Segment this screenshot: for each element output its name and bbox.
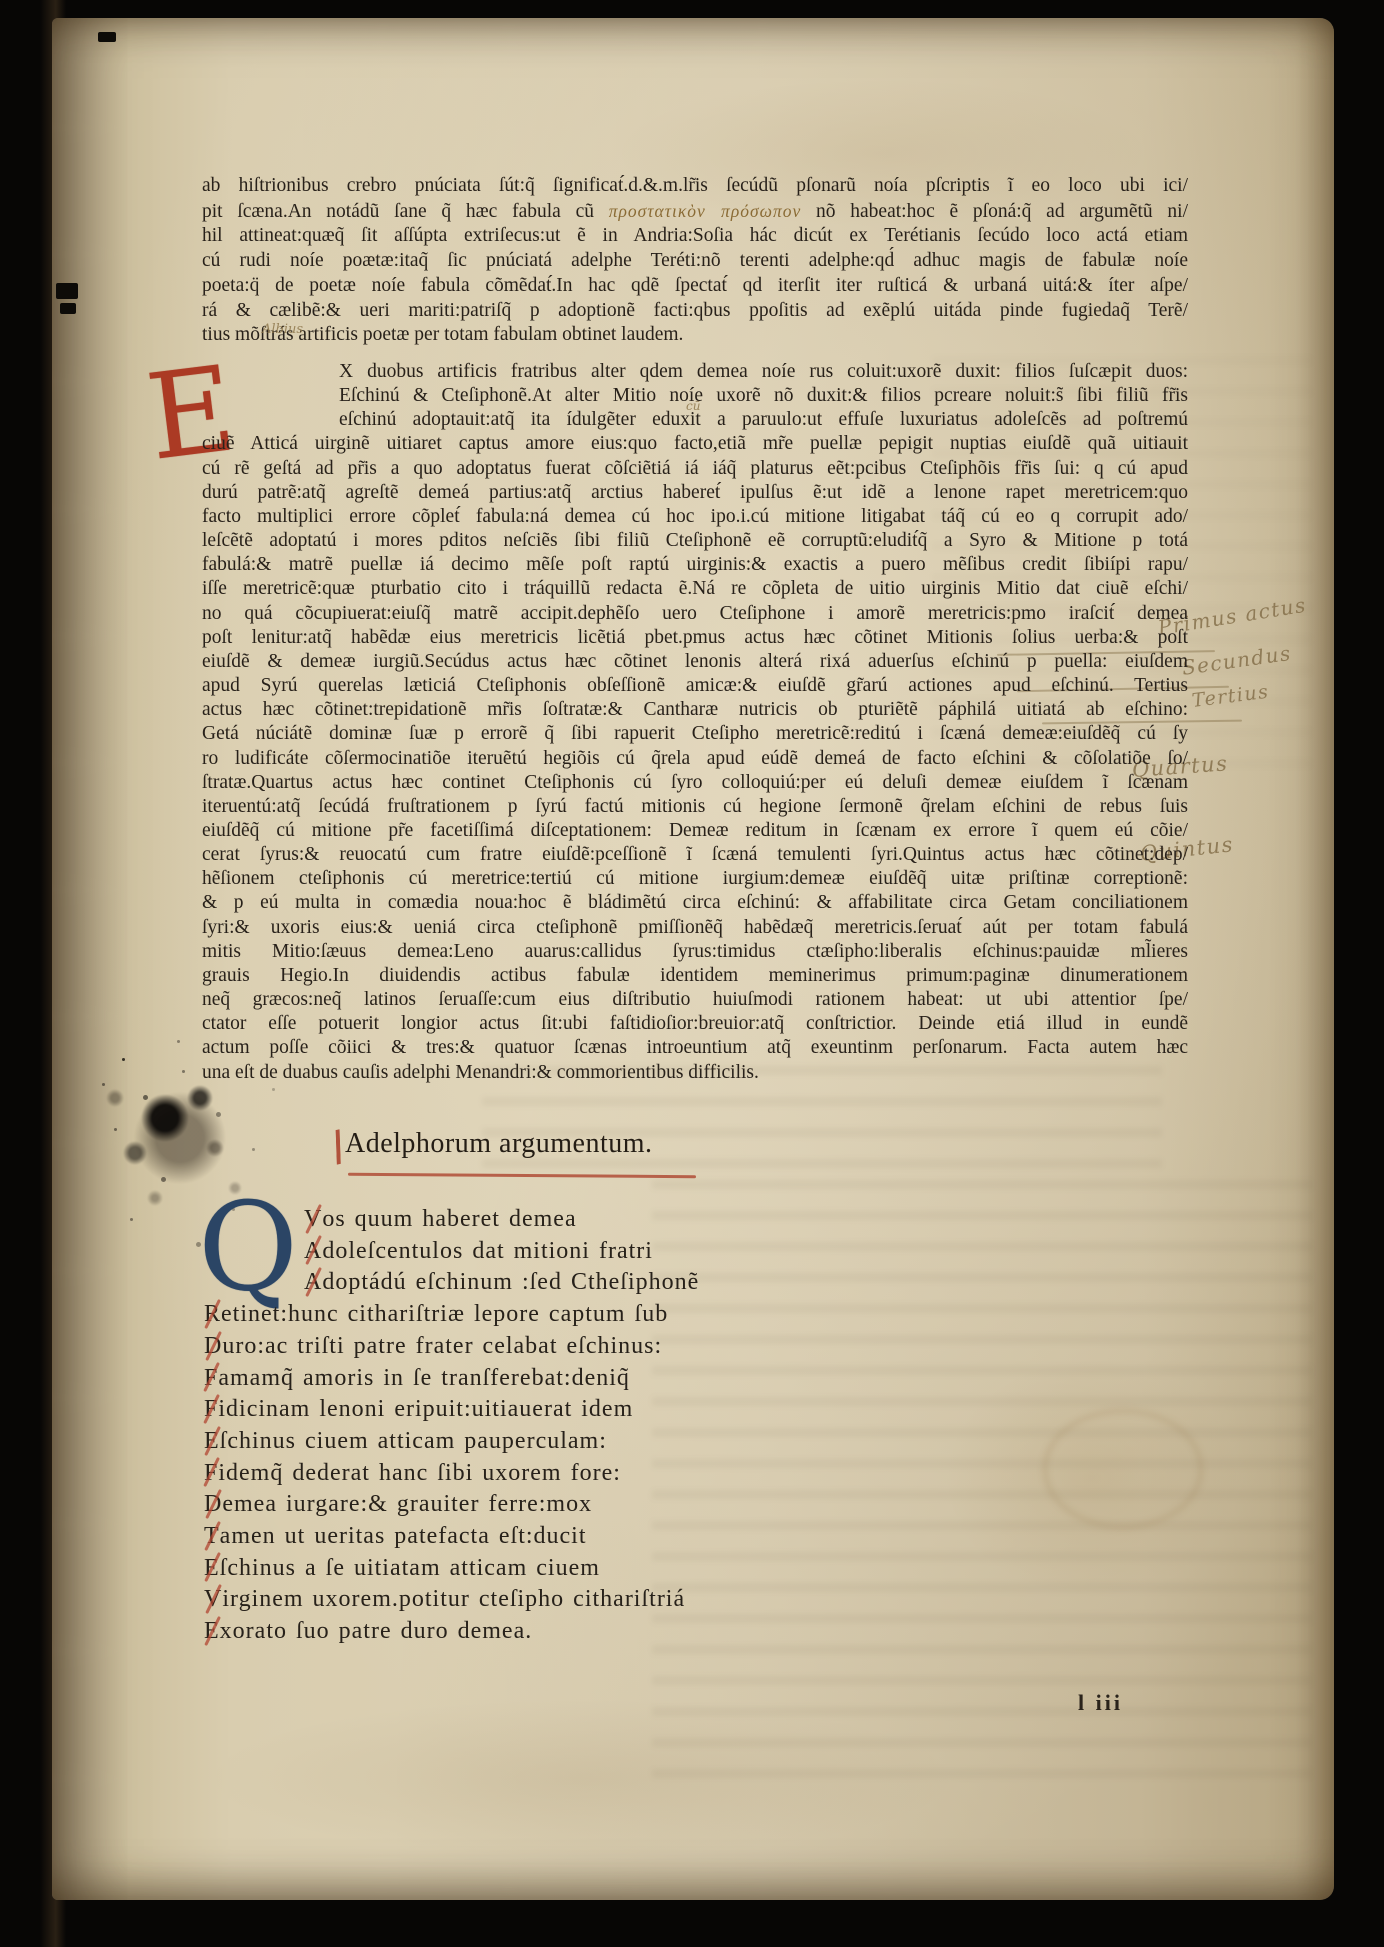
rubricated-capital: D	[204, 1331, 222, 1363]
gutter-ink-mark	[56, 283, 78, 299]
rubricated-capital: A	[304, 1236, 322, 1268]
text-line: iteruentú:atq̃ ſecúdá fruſtrationem p ſy…	[202, 795, 1188, 819]
poem-line: Vos quum haberet demea	[204, 1204, 699, 1236]
section-heading: Adelphorum argumentum.	[345, 1128, 653, 1160]
text-line: apud Syrú querelas læticiá Cteſiphonis o…	[202, 674, 1188, 698]
argumentum-poem: Vos quum haberet demeaAdoleſcentulos dat…	[204, 1204, 699, 1648]
poem-line: Demea iurgare:& grauiter ferre:mox	[204, 1489, 699, 1521]
text-line: Eſchinú & Cteſiphonẽ.At alter Mitio noíe…	[202, 384, 1188, 408]
text-line: poſt lenitur:atq̃ habẽdæ eius meretricis…	[202, 626, 1188, 650]
photograph-background: ab hiſtrionibus crebro pnúciata ſút:q̃ ſ…	[0, 0, 1384, 1947]
rubricated-capital: E	[204, 1553, 220, 1585]
rubricated-capital: T	[204, 1521, 220, 1553]
text-line: facto multiplici errore cõplet́ fabula:n…	[202, 505, 1188, 529]
text-line: actus hæc cõtinet:trepidationẽ mr̃is ſoſ…	[202, 698, 1188, 722]
poem-line: Eſchinus a ſe uitiatam atticam ciuem	[204, 1553, 699, 1585]
commentary-paragraph-1: ab hiſtrionibus crebro pnúciata ſút:q̃ ſ…	[202, 174, 1188, 348]
rubricated-capital: A	[304, 1267, 322, 1299]
handwritten-greek-gloss: προστατικὸν πρόσωπον	[609, 201, 802, 221]
poem-line: Adoptádú eſchinum :ſed Ctheſiphonẽ	[204, 1267, 699, 1299]
ring-stain	[1042, 1408, 1204, 1530]
text-line: cú rẽ geſtá ad pr̃is a quo adoptatus fue…	[202, 457, 1188, 481]
text-line: ctator eſſe potuerit longior actus ſit:u…	[202, 1012, 1188, 1036]
interlinear-gloss: Albius	[262, 322, 303, 337]
text-line: fabulá:& matrẽ puellæ iá decimo mẽſe poſ…	[202, 553, 1188, 577]
poem-line: Exorato ſuo patre duro demea.	[204, 1616, 699, 1648]
text-line: grauis Hegio.In diuidendis actibus fabul…	[202, 964, 1188, 988]
text-line: cú rudi noíe poætæ:itaq̃ ſic pnúciatá ad…	[202, 249, 1188, 274]
poem-line: Fidemq̃ dederat hanc ſibi uxorem fore:	[204, 1458, 699, 1490]
text-line: rá & cælibẽ:& ueri mariti:patriſq̃ p ado…	[202, 299, 1188, 324]
poem-line: Retinet:hunc cithariſtriæ lepore captum …	[204, 1299, 699, 1331]
poem-line: Tamen ut ueritas patefacta eſt:ducit	[204, 1521, 699, 1553]
text-line: ab hiſtrionibus crebro pnúciata ſút:q̃ ſ…	[202, 174, 1188, 199]
book-page: ab hiſtrionibus crebro pnúciata ſút:q̃ ſ…	[52, 18, 1334, 1900]
rubricated-capital: V	[304, 1204, 322, 1236]
poem-line: Duro:ac triſti patre frater celabat eſch…	[204, 1331, 699, 1363]
text-line: pit ſcæna.An notádũ ſane q̃ hæc fabula c…	[202, 199, 1188, 225]
gutter-ink-mark	[98, 32, 116, 42]
text-line: hẽſionem cteſiphonis cú meretrice:tertiú…	[202, 867, 1188, 891]
commentary-paragraph-2: X duobus artificis fratribus alter qdem …	[202, 360, 1188, 1085]
text-line: mitis Mitio:ſæuus demea:Leno auarus:call…	[202, 940, 1188, 964]
red-underline	[348, 1173, 696, 1178]
quire-signature: l iii	[1078, 1690, 1123, 1716]
rubricated-capital: D	[204, 1489, 222, 1521]
text-line: X duobus artificis fratribus alter qdem …	[202, 360, 1188, 384]
text-line: una eſt de duabus cauſis adelphi Menandr…	[202, 1061, 1188, 1085]
ink-speckles	[122, 1058, 125, 1061]
text-line: leſcẽtẽ adoptatú i mores pditos neſciẽs …	[202, 529, 1188, 553]
rubricated-capital: E	[204, 1426, 220, 1458]
poem-line: Eſchinus ciuem atticam pauperculam:	[204, 1426, 699, 1458]
text-line: tius mõſtrás artificis poetæ per totam f…	[202, 323, 1188, 348]
text-line: Getá núciátẽ dominæ ſuæ p errorẽ q̃ ſibi…	[202, 722, 1188, 746]
text-line: ſyri:& uxoris eius:& ueniá circa cteſiph…	[202, 916, 1188, 940]
text-line: cerat ſyrus:& reuocatú cum fratre eiuſdẽ…	[202, 843, 1188, 867]
rubricated-capital: E	[204, 1616, 220, 1648]
parchment-stain	[202, 1698, 962, 1858]
text-line: actum poſſe cõiici & tres:& quatuor ſcæn…	[202, 1036, 1188, 1060]
text-line: neq̃ græcos:neq̃ latinos ſeruaſſe:cum ei…	[202, 988, 1188, 1012]
rubricated-capital: F	[204, 1458, 218, 1490]
text-line: no quá cõcupiuerat:eiuſq̃ matrẽ accipit.…	[202, 602, 1188, 626]
rubricated-capital: V	[204, 1584, 222, 1616]
rubricated-capital: F	[204, 1363, 218, 1395]
text-line: eſchinú adoptauit:atq̃ ita ídulgẽter edu…	[202, 408, 1188, 432]
text-line: durú patrẽ:atq̃ agreſtẽ demeá partius:at…	[202, 481, 1188, 505]
text-line: ro ludificáte cõſermocinatiõe iteruẽtú h…	[202, 747, 1188, 771]
text-line: poeta:q̈ de poetæ noíe fabula cõmẽdat́.I…	[202, 274, 1188, 299]
poem-line: Virginem uxorem.potitur cteſipho cithari…	[204, 1584, 699, 1616]
text-line: ciuẽ Atticá uirginẽ uitiaret captus amor…	[202, 432, 1188, 456]
text-line: iſſe meretricẽ:quæ pturbatio cito i tráq…	[202, 577, 1188, 601]
poem-line: Famamq̃ amoris in ſe tranſferebat:deniq̃	[204, 1363, 699, 1395]
text-line: eiuſdẽq̃ cú mitione pr̃e facetiſſimá diſ…	[202, 819, 1188, 843]
text-line: & p eú multa in comædia noua:hoc ẽ bládi…	[202, 891, 1188, 915]
rubricated-capital: F	[204, 1394, 218, 1426]
text-line: ſtratæ.Quartus actus hæc continet Cteſip…	[202, 771, 1188, 795]
gutter-ink-mark	[60, 303, 76, 314]
rubricated-capital: R	[204, 1299, 221, 1331]
text-line: eiuſdẽ & demeæ iurgiũ.Secúdus actus hæc …	[202, 650, 1188, 674]
text-line: hil attineat:quæq̃ ſit aſſúpta extriſecu…	[202, 224, 1188, 249]
poem-line: Adoleſcentulos dat mitioni fratri	[204, 1236, 699, 1268]
poem-line: Fidicinam lenoni eripuit:uitiauerat idem	[204, 1394, 699, 1426]
